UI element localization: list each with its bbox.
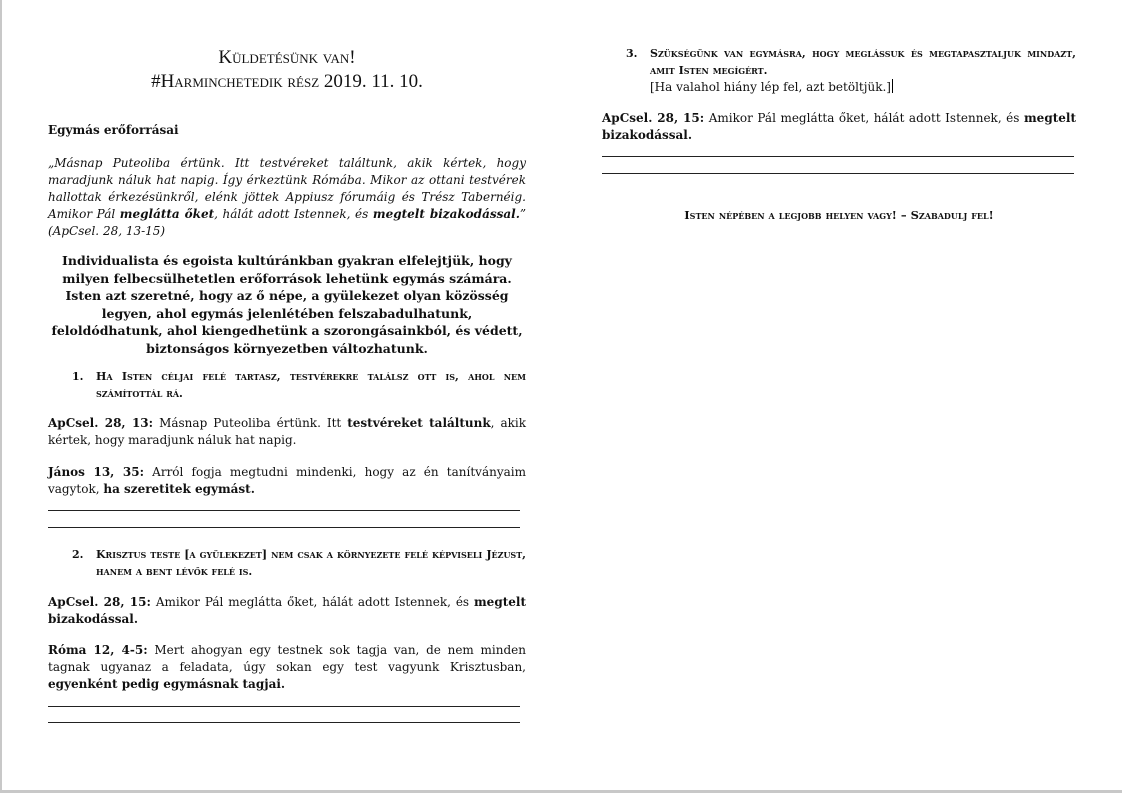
notes-line — [602, 156, 1074, 157]
point-2-heading: 2. Krisztus teste [a gyülekezet] nem csa… — [48, 546, 526, 580]
scripture-quote: „Másnap Puteoliba értünk. Itt testvéreke… — [48, 155, 526, 240]
closing-slogan: Isten népében a legjobb helyen vagy! – S… — [602, 208, 1076, 222]
document-subtitle: #Harminchetedik rész 2019. 11. 10. — [48, 70, 526, 94]
verse-roma-12-4-5: Róma 12, 4-5: Mert ahogyan egy testnek s… — [48, 642, 526, 693]
verse-janos-13-35: János 13, 35: Arról fogja megtudni minde… — [48, 464, 526, 498]
verse-apcsel-28-13: ApCsel. 28, 13: Másnap Puteoliba értünk.… — [48, 415, 526, 449]
section-heading: Egymás erőforrásai — [48, 122, 526, 139]
notes-line — [602, 173, 1074, 174]
notes-line — [48, 510, 520, 511]
text-cursor — [892, 79, 893, 93]
verse-apcsel-28-15-repeat: ApCsel. 28, 15: Amikor Pál meglátta őket… — [602, 110, 1076, 144]
verse-apcsel-28-15: ApCsel. 28, 15: Amikor Pál meglátta őket… — [48, 594, 526, 628]
notes-line — [48, 527, 520, 528]
notes-line — [48, 722, 520, 723]
point-1-heading: 1. Ha Isten céljai felé tartasz, testvér… — [48, 368, 526, 402]
point-3-heading: 3. Szükségünk van egymásra, hogy megláss… — [602, 45, 1076, 96]
document-page: Küldetésünk van! #Harminchetedik rész 20… — [0, 0, 1122, 793]
intro-paragraph: Individualista és egoista kultúránkban g… — [48, 252, 526, 357]
point-3-subtext[interactable]: [Ha valahol hiány lép fel, azt betöltjük… — [650, 79, 1076, 96]
notes-line — [48, 706, 520, 707]
document-title: Küldetésünk van! — [48, 46, 526, 70]
